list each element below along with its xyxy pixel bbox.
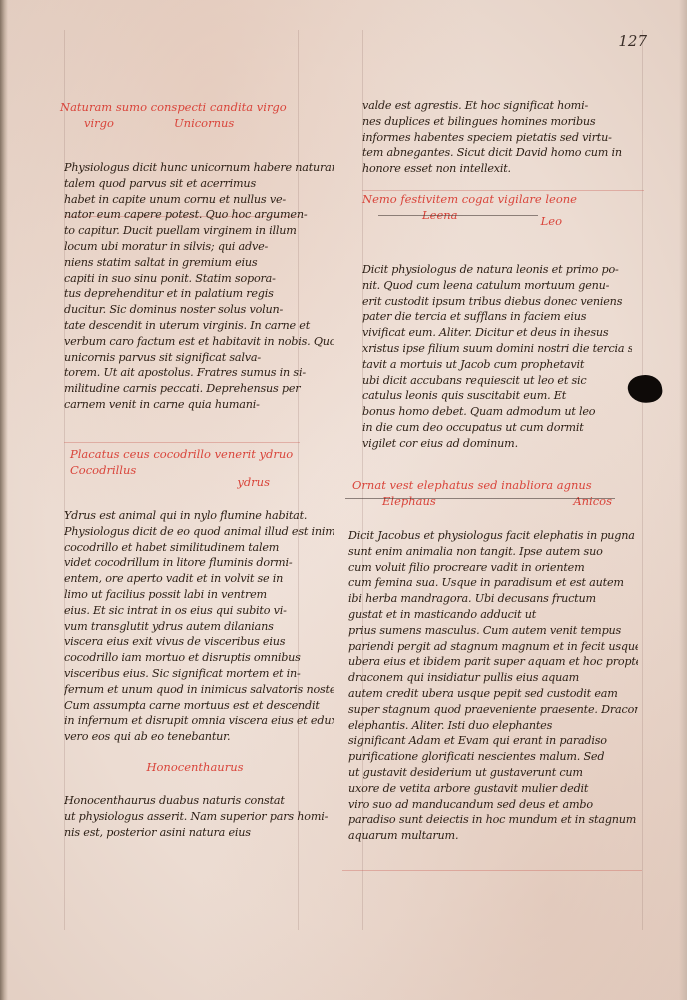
text-line: super stagnum quod praeveniente praesent… — [348, 702, 638, 718]
text-line: ut gustavit desiderium ut gustaverunt cu… — [348, 765, 638, 781]
rubric-crocodile: Placatus ceus cocodrillo venerit ydruo C… — [70, 447, 310, 491]
text-line: in infernum et disrupit omnia viscera ei… — [64, 713, 334, 729]
text-line: pater die tercia et sufflans in faciem e… — [362, 309, 632, 325]
text-line: uxore de vetita arbore gustavit mulier d… — [348, 781, 638, 797]
text-line: cocodrillo iam mortuo et disruptis omnib… — [64, 650, 334, 666]
rubric-unicorn-heading: Naturam sumo conspecti candita virgo vir… — [60, 100, 320, 132]
text-line: purificatione glorificati nescientes mal… — [348, 749, 638, 765]
text-line: nis est, posterior asini natura eius — [64, 825, 334, 841]
text-line: vigilet cor eius ad dominum. — [362, 436, 632, 452]
text-line: significant Adam et Evam qui erant in pa… — [348, 733, 638, 749]
text-line: tus deprehenditur et in palatium regis — [64, 286, 334, 302]
text-line: carnem venit in carne quia humani- — [64, 397, 334, 413]
text-line: nit. Quod cum leena catulum mortuum genu… — [362, 278, 632, 294]
text-line: cocodrillo et habet similitudinem talem — [64, 540, 334, 556]
text-line: ducitur. Sic dominus noster solus volun- — [64, 302, 334, 318]
text-line: xristus ipse filium suum domini nostri d… — [362, 341, 632, 357]
text-line: cum femina sua. Usque in paradisum et es… — [348, 575, 638, 591]
text-line: ibi herba mandragora. Ubi decusans fruct… — [348, 591, 638, 607]
page-edge-right — [679, 0, 687, 1000]
text-line: viscera eius exit vivus de visceribus ei… — [64, 634, 334, 650]
rubric-line: Anicos — [573, 494, 612, 510]
elephant-text-block: Dicit Jacobus et physiologus facit eleph… — [348, 528, 638, 844]
rule-stroke — [345, 498, 615, 499]
text-line: locum ubi moratur in silvis; qui adve- — [64, 239, 334, 255]
rubric-line: Ornat vest elephatus sed inabliora agnus — [352, 478, 642, 494]
rubric-line: Cocodrillus — [70, 463, 136, 491]
text-line: gustat et in masticando adducit ut — [348, 607, 638, 623]
text-line: viro suo ad manducandum sed deus et ambo — [348, 797, 638, 813]
text-line: autem credit ubera usque pepit sed custo… — [348, 686, 638, 702]
text-line: honore esset non intellexit. — [362, 161, 632, 177]
text-line: militudine carnis peccati. Deprehensus p… — [64, 381, 334, 397]
text-line: Honocenthaurus duabus naturis constat — [64, 793, 334, 809]
text-line: pariendi pergit ad stagnum magnum et in … — [348, 639, 638, 655]
rubric-line: Unicornus — [174, 116, 234, 132]
rubric-line: ydrus — [237, 475, 270, 491]
text-line: niens statim saltat in gremium eius — [64, 255, 334, 271]
text-line: vivificat eum. Aliter. Dicitur et deus i… — [362, 325, 632, 341]
rubric-line: Naturam sumo conspecti candita virgo — [60, 100, 320, 116]
rubric-honocenthaurus: Honocenthaurus — [130, 760, 260, 776]
rubric-line: Elephaus — [382, 494, 436, 510]
text-line: nator eum capere potest. Quo hoc argumen… — [64, 207, 334, 223]
text-line: aquarum multarum. — [348, 828, 638, 844]
rubric-line: Leo — [541, 214, 562, 230]
ruling-line — [362, 190, 644, 191]
text-line: Cum assumpta carne mortuus est et descen… — [64, 698, 334, 714]
leo-text-block: Dicit physiologus de natura leonis et pr… — [362, 262, 632, 452]
ruling-line — [642, 30, 643, 930]
text-line: bonus homo debet. Quam admodum ut leo — [362, 404, 632, 420]
text-line: limo ut facilius possit labi in ventrem — [64, 587, 334, 603]
text-line: tem abnegantes. Sicut dicit David homo c… — [362, 145, 632, 161]
text-line: unicornis parvus sit significat salva- — [64, 350, 334, 366]
text-line: to capitur. Ducit puellam virginem in il… — [64, 223, 334, 239]
ydrus-text-block: Ydrus est animal qui in nylo flumine hab… — [64, 508, 334, 745]
text-line: torem. Ut ait apostolus. Fratres sumus i… — [64, 365, 334, 381]
rubric-line: Placatus ceus cocodrillo venerit ydruo — [70, 447, 310, 463]
text-line: ubera eius et ibidem parit super aquam e… — [348, 654, 638, 670]
text-line: ut physiologus asserit. Nam superior par… — [64, 809, 334, 825]
text-line: tate descendit in uterum virginis. In ca… — [64, 318, 334, 334]
text-line: cum voluit filio procreare vadit in orie… — [348, 560, 638, 576]
text-line: erit custodit ipsum tribus diebus donec … — [362, 294, 632, 310]
text-line: informes habentes speciem pietatis sed v… — [362, 130, 632, 146]
text-line: Ydrus est animal qui in nylo flumine hab… — [64, 508, 334, 524]
continued-text-block: valde est agrestis. Et hoc significat ho… — [362, 98, 632, 177]
honocenthaurus-text-block: Honocenthaurus duabus naturis constat ut… — [64, 793, 334, 840]
text-line: ubi dicit accubans requiescit ut leo et … — [362, 373, 632, 389]
text-line: Physiologus dicit de eo quod animal illu… — [64, 524, 334, 540]
ruling-line — [64, 442, 300, 443]
rubric-line: Leena — [422, 208, 458, 230]
text-line: sunt enim animalia non tangit. Ipse aute… — [348, 544, 638, 560]
text-line: Dicit Jacobus et physiologus facit eleph… — [348, 528, 638, 544]
text-line: valde est agrestis. Et hoc significat ho… — [362, 98, 632, 114]
rubric-leo: Nemo festivitem cogat vigilare leone Lee… — [362, 192, 632, 230]
rubric-elephant: Ornat vest elephatus sed inabliora agnus… — [352, 478, 642, 510]
text-line: prius sumens masculus. Cum autem venit t… — [348, 623, 638, 639]
text-line: habet in capite unum cornu et nullus ve- — [64, 192, 334, 208]
text-line: videt cocodrillum in litore fluminis dor… — [64, 555, 334, 571]
text-line: Physiologus dicit hunc unicornum habere … — [64, 160, 334, 176]
text-line: tavit a mortuis ut Jacob cum prophetavit — [362, 357, 632, 373]
text-line: catulus leonis quis suscitabit eum. Et — [362, 388, 632, 404]
text-line: fernum et unum quod in inimicus salvator… — [64, 682, 334, 698]
rubric-line: Nemo festivitem cogat vigilare leone — [362, 192, 632, 208]
ruling-line — [342, 870, 642, 871]
text-line: in die cum deo occupatus ut cum dormit — [362, 420, 632, 436]
text-line: eius. Et sic intrat in os eius qui subit… — [64, 603, 334, 619]
text-line: draconem qui insidiatur pullis eius aqua… — [348, 670, 638, 686]
page-edge-left — [0, 0, 8, 1000]
folio-number: 127 — [618, 32, 647, 50]
rubric-line: virgo — [84, 116, 114, 132]
text-line: visceribus eius. Sic significat mortem e… — [64, 666, 334, 682]
text-line: vum transglutit ydrus autem dilanians — [64, 619, 334, 635]
unicorn-text-block: Physiologus dicit hunc unicornum habere … — [64, 160, 334, 413]
manuscript-page: 127 Naturam sumo conspecti candita virgo… — [0, 0, 687, 1000]
text-line: elephantis. Aliter. Isti duo elephantes — [348, 718, 638, 734]
text-line: nes duplices et bilingues homines moribu… — [362, 114, 632, 130]
text-line: Dicit physiologus de natura leonis et pr… — [362, 262, 632, 278]
text-line: capiti in suo sinu ponit. Statim sopora- — [64, 271, 334, 287]
text-line: vero eos qui ab eo tenebantur. — [64, 729, 334, 745]
text-line: entem, ore aperto vadit et in volvit se … — [64, 571, 334, 587]
text-line: verbum caro factum est et habitavit in n… — [64, 334, 334, 350]
text-line: paradiso sunt deiectis in hoc mundum et … — [348, 812, 638, 828]
text-line: talem quod parvus sit et acerrimus — [64, 176, 334, 192]
rule-stroke — [378, 215, 538, 216]
